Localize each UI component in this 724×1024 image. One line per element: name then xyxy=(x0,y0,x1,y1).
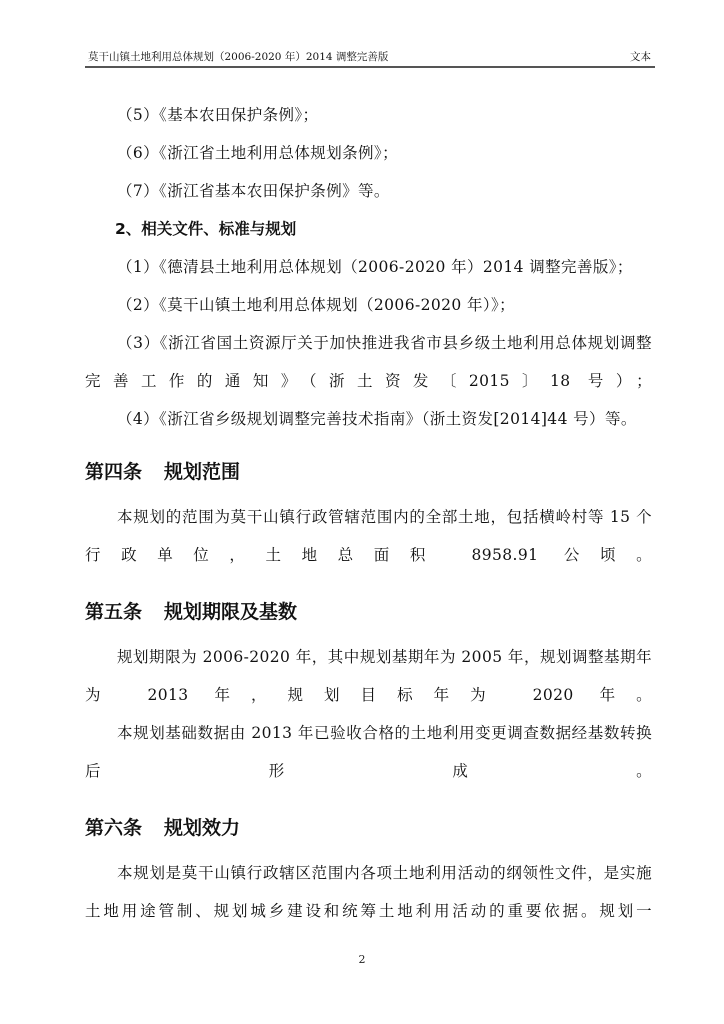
paragraph: 规划期限为 2006-2020 年，其中规划基期年为 2005 年，规划调整基期… xyxy=(85,638,652,714)
section-number: 第五条 xyxy=(85,601,142,623)
section-heading: 第四条规划范围 xyxy=(85,460,652,484)
list-item: （3）《浙江省国土资源厅关于加快推进我省市县乡级土地利用总体规划调整完善工作的通… xyxy=(85,324,652,400)
paragraph: 本规划基础数据由 2013 年已验收合格的土地利用变更调查数据经基数转换后形成。 xyxy=(85,714,652,790)
section-title: 规划范围 xyxy=(164,461,240,483)
section-title: 规划效力 xyxy=(164,817,240,839)
paragraph: 本规划的范围为莫干山镇行政管辖范围内的全部土地，包括横岭村等 15 个行政单位，… xyxy=(85,498,652,574)
paragraph: 本规划是莫干山镇行政辖区范围内各项土地利用活动的纲领性文件，是实施土地用途管制、… xyxy=(85,854,652,930)
list-item: （7）《浙江省基本农田保护条例》等。 xyxy=(85,172,652,210)
list-item-text: （3）《浙江省国土资源厅关于加快推进我省市县乡级土地利用总体规划调整完善工作的通… xyxy=(85,334,652,390)
document-title: 莫干山镇土地利用总体规划（2006-2020 年）2014 调整完善版 xyxy=(88,50,388,64)
header-divider xyxy=(85,66,655,68)
document-body: （5）《基本农田保护条例》； （6）《浙江省土地利用总体规划条例》； （7）《浙… xyxy=(85,96,652,930)
page-number: 2 xyxy=(0,953,724,966)
section-number: 第六条 xyxy=(85,817,142,839)
list-item: （6）《浙江省土地利用总体规划条例》； xyxy=(85,134,652,172)
list-item: （1）《德清县土地利用总体规划（2006-2020 年）2014 调整完善版》； xyxy=(85,248,652,286)
list-item: （2）《莫干山镇土地利用总体规划（2006-2020 年）》； xyxy=(85,286,652,324)
list-item: （5）《基本农田保护条例》； xyxy=(85,96,652,134)
page-header: 莫干山镇土地利用总体规划（2006-2020 年）2014 调整完善版 文本 xyxy=(85,46,655,66)
header-section-label: 文本 xyxy=(630,50,651,64)
list-item: （4）《浙江省乡级规划调整完善技术指南》（浙土资发[2014]44 号）等。 xyxy=(85,400,652,438)
section-heading: 第五条规划期限及基数 xyxy=(85,600,652,624)
section-title: 规划期限及基数 xyxy=(164,601,297,623)
section-heading: 第六条规划效力 xyxy=(85,816,652,840)
section-number: 第四条 xyxy=(85,461,142,483)
sub-heading: 2、相关文件、标准与规划 xyxy=(85,210,652,248)
